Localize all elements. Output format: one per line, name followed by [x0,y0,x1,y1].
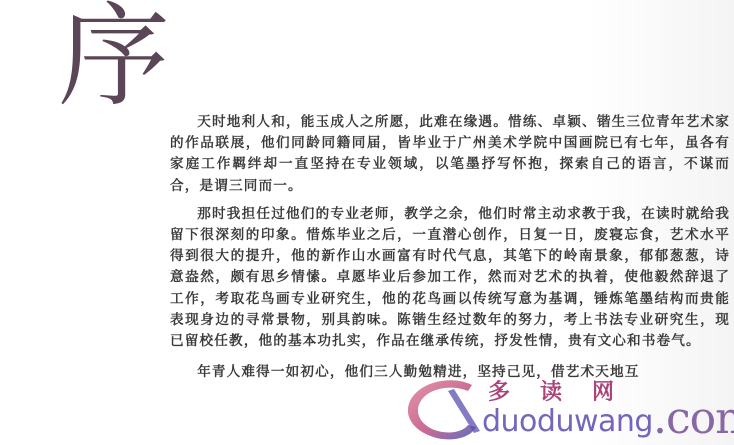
document-page: 序 天时地利人和，能玉成人之所愿，此难在缘遇。惜练、卓颖、锴生三位青年艺术家的作… [0,0,734,445]
paragraph-3: 年青人难得一如初心，他们三人勤勉精进，坚持己见，借艺术天地互 [170,362,730,383]
preface-body: 天时地利人和，能玉成人之所愿，此难在缘遇。惜练、卓颖、锴生三位青年艺术家的作品联… [170,112,730,390]
watermark-url: duoduwang.com [482,397,734,442]
paragraph-2: 那时我担任过他们的专业老师，教学之余，他们时常主动求教于我，在读时就给我留下很深… [170,204,730,352]
preface-title: 序 [58,0,170,122]
paragraph-1: 天时地利人和，能玉成人之所愿，此难在缘遇。惜练、卓颖、锴生三位青年艺术家的作品联… [170,112,730,197]
